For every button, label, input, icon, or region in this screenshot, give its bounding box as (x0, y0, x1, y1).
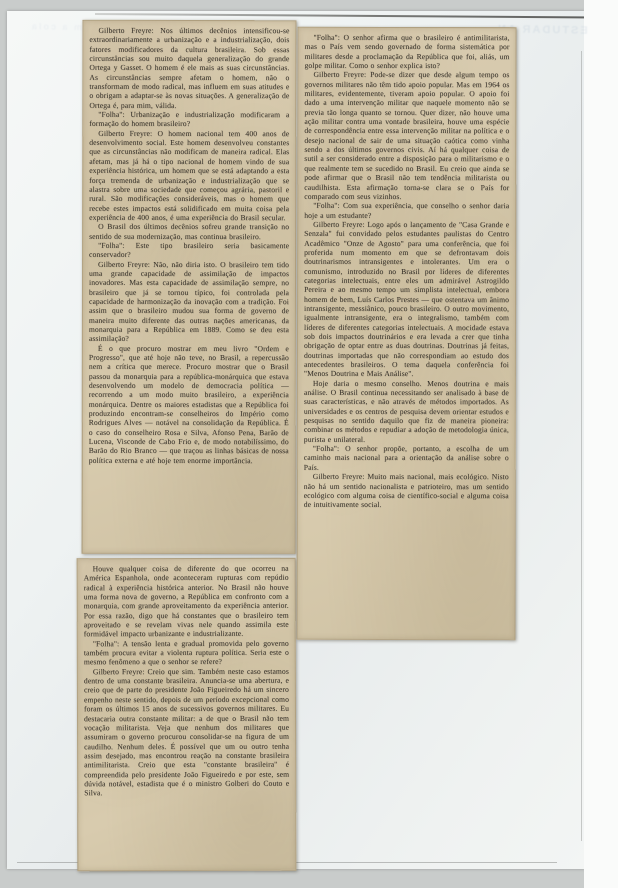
clipping-paragraph: Hoje daria o mesmo conselho. Menos doutr… (304, 379, 509, 445)
clipping-paragraph: "Folha": A tensão lenta e gradual promov… (84, 638, 289, 667)
newspaper-clipping-left-bottom: Houve qualquer coisa de diferente do que… (77, 558, 297, 872)
clipping-paragraph: "Folha": O senhor propõe, portanto, a es… (304, 444, 509, 472)
clipping-paragraph: Houve qualquer coisa de diferente do que… (84, 564, 289, 639)
clipping-paragraph: Gilberto Freyre: Logo após o lançamento … (304, 220, 509, 379)
clipping-paragraph: O Brasil dos últimos decênios sofreu gra… (89, 222, 289, 241)
scan-margin-right (584, 0, 618, 888)
clipping-paragraph: Gilberto Freyre: Pode-se dizer que desde… (304, 70, 509, 201)
newspaper-clipping-left-top: Gilberto Freyre: Nos últimos decênios in… (82, 20, 297, 554)
clipping-paragraph: Gilberto Freyre: Não, não diria isto. O … (89, 259, 289, 343)
clipping-paragraph: Gilberto Freyre: Muito mais nacional, ma… (304, 472, 509, 510)
clipping-paragraph: Gilberto Freyre: Creio que sim. Também n… (84, 667, 289, 798)
page-top-edge-line (95, 13, 595, 18)
clipping-paragraph: Gilberto Freyre: O homem nacional tem 40… (89, 129, 289, 223)
clipping-paragraph: "Folha": Urbanização e industrialização … (89, 110, 289, 129)
clipping-paragraph: "Folha": Este tipo brasileiro seria basi… (89, 241, 289, 260)
scanned-document: { "ghost": { "top_right": "ESTUDAR AN", … (0, 0, 618, 888)
page-right-edge-line (581, 51, 582, 841)
clipping-paragraph: "Folha": Com sua experiência, que consel… (304, 201, 509, 220)
clipping-paragraph: Gilberto Freyre: Nos últimos decênios in… (89, 26, 289, 110)
newspaper-clipping-right: "Folha": O senhor afirma que o brasileir… (296, 27, 516, 640)
clipping-paragraph: É o que procuro mostrar em meu livro "Or… (89, 344, 289, 466)
clipping-paragraph: "Folha": O senhor afirma que o brasileir… (304, 33, 509, 71)
